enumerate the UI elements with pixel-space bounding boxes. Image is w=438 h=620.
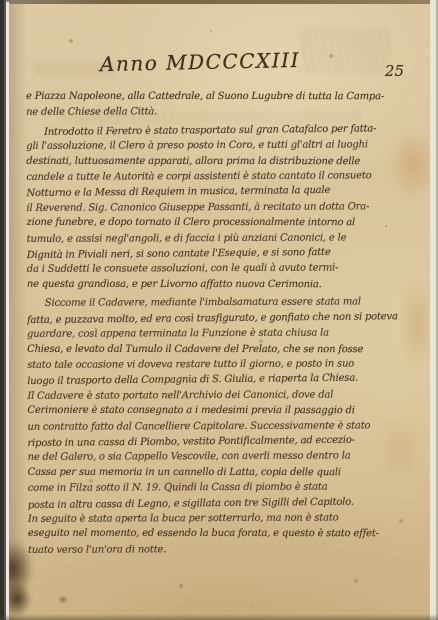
- manuscript-line: ne delle Chiese della Città.: [26, 104, 424, 121]
- manuscript-line: Cerimoniere è stato consegnato a i medes…: [27, 403, 425, 419]
- manuscript-line: Chiesa, e levato dal Tumulo il Cadavere …: [27, 341, 425, 357]
- photo-edge-top: [0, 0, 438, 4]
- manuscript-line: ne del Galero, o sia Cappello Vescovile,…: [28, 448, 426, 465]
- manuscript-line: zione funebre, e dopo tornato il Clero p…: [27, 215, 425, 231]
- page-edge-left-white: [6, 2, 9, 620]
- manuscript-line: Il Cadavere è stato portato nell'Archivi…: [27, 387, 425, 404]
- manuscript-scan: Anno MDCCCXIII 25 e Piazza Napoleone, al…: [0, 0, 438, 620]
- stain-dot-bottom: [58, 595, 68, 604]
- manuscript-text: e Piazza Napoleone, alla Cattedrale, al …: [26, 88, 426, 558]
- manuscript-line: e Piazza Napoleone, alla Cattedrale, al …: [26, 89, 424, 105]
- page-number: 25: [385, 62, 404, 80]
- manuscript-line: da i Suddetti le consuete assoluzioni, c…: [27, 261, 425, 278]
- manuscript-line: tuato verso l'un'ora di notte.: [28, 541, 426, 558]
- binding-shadow: [9, 0, 27, 620]
- manuscript-line: destinati, luttuosamente apparati, allor…: [26, 153, 424, 169]
- manuscript-line: il Reverend. Sig. Canonico Giuseppe Pass…: [26, 199, 424, 216]
- page-header: Anno MDCCCXIII: [60, 47, 340, 77]
- photo-edge-bottom: [0, 614, 438, 620]
- manuscript-line: gli l'assoluzione, il Clero à preso post…: [26, 137, 424, 154]
- manuscript-line: Cassa per sua memoria in un cannello di …: [28, 465, 426, 481]
- manuscript-line: eseguito nel momento, ed essendo la buca…: [28, 526, 426, 542]
- manuscript-line: ne questa grandiosa, e per Livorno affat…: [27, 277, 425, 293]
- header-title: Anno MDCCCXIII: [100, 48, 300, 76]
